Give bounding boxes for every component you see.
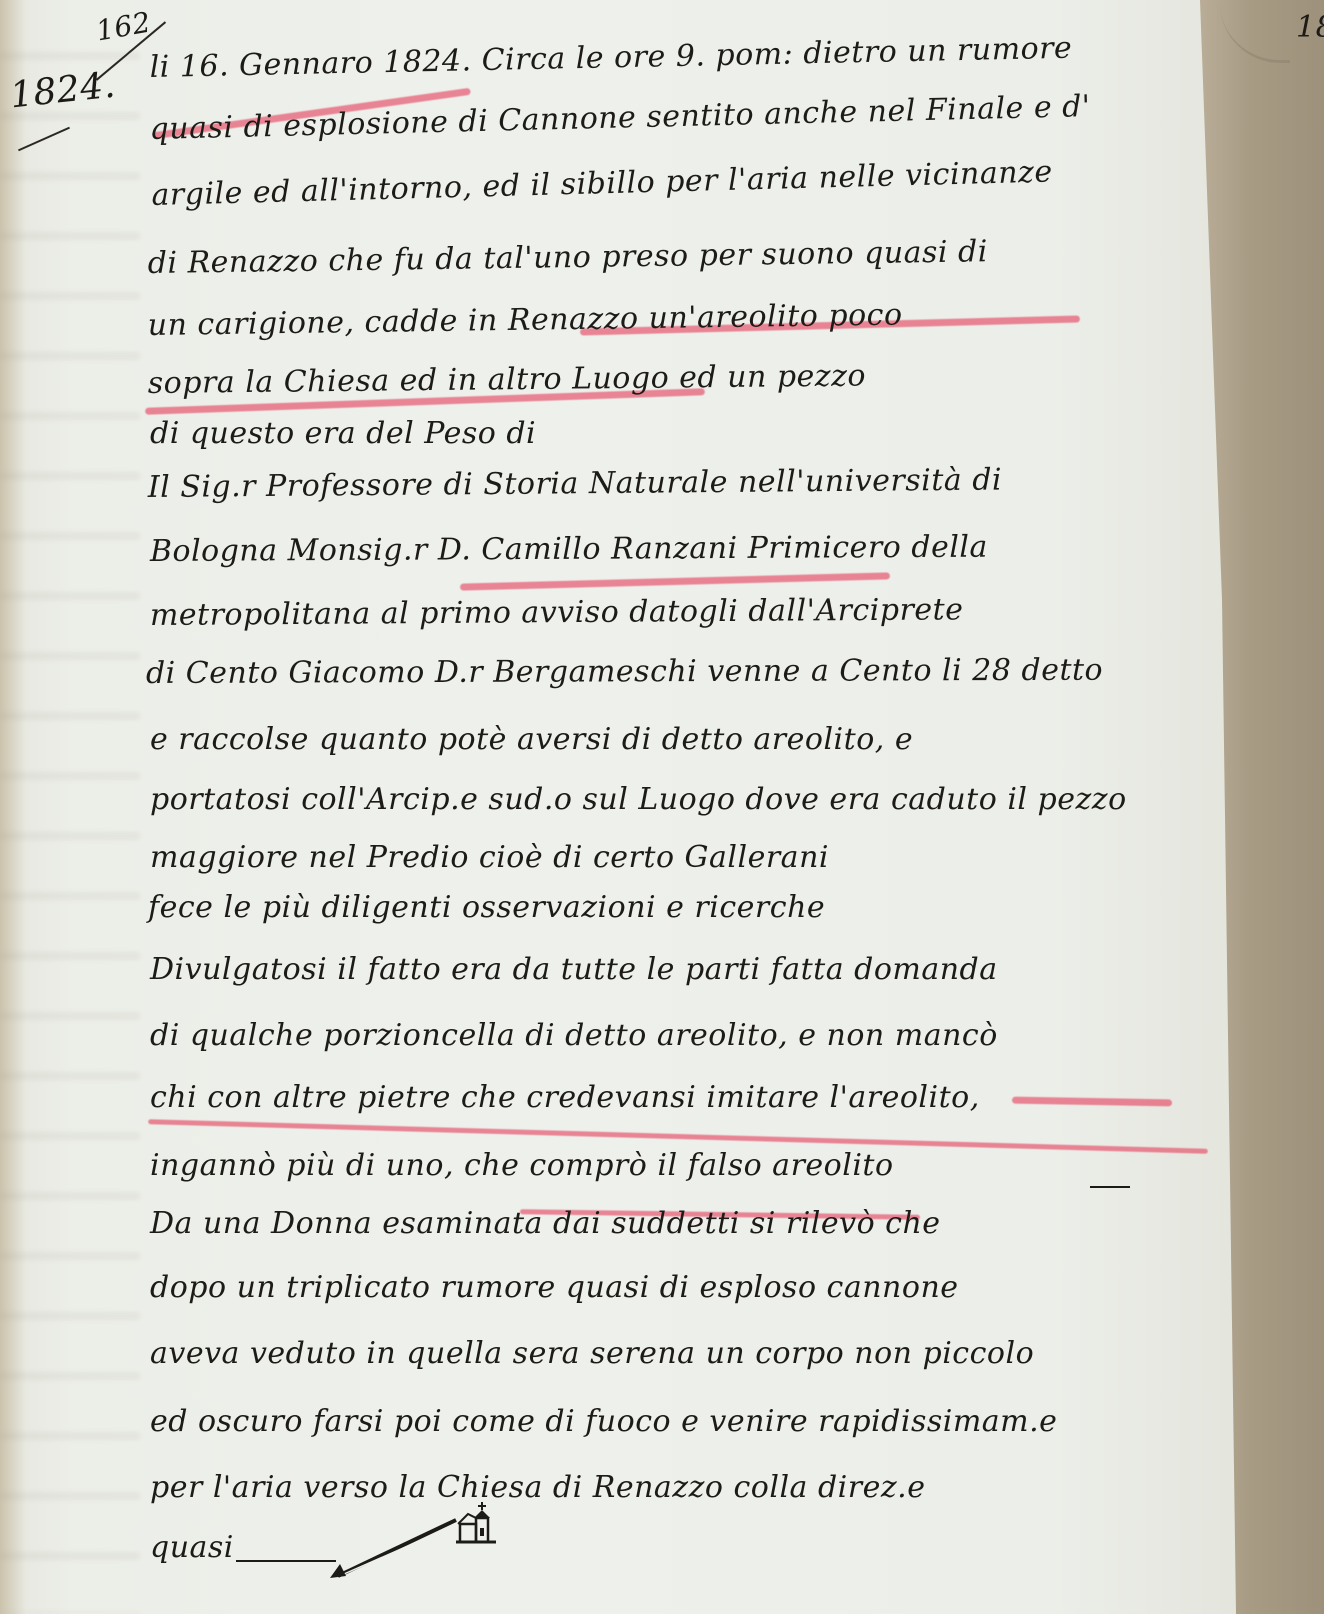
manuscript-line: sopra la Chiesa ed in altro Luogo ed un … [148,358,867,401]
manuscript-line: li 16. Gennaro 1824. Circa le ore 9. pom… [149,31,1072,85]
direction-line [236,1560,336,1562]
manuscript-photo: 18 162 1824. li 16. Gennaro 1824. Circa … [0,0,1324,1614]
manuscript-line: ed oscuro farsi poi come di fuoco e veni… [150,1404,1057,1439]
manuscript-line: quasi [150,1530,234,1565]
manuscript-line: portatosi coll'Arcip.e sud.o sul Luogo d… [150,782,1127,817]
manuscript-line: Da una Donna esaminata dai suddetti si r… [150,1206,941,1241]
manuscript-page: 162 1824. li 16. Gennaro 1824. Circa le … [0,0,1236,1614]
manuscript-line: quasi di esplosione di Cannone sentito a… [149,89,1091,147]
manuscript-line: Bologna Monsig.r D. Camillo Ranzani Prim… [150,530,988,569]
red-underline-non-manco [1012,1097,1172,1107]
manuscript-line: aveva veduto in quella sera serena un co… [150,1336,1034,1371]
manuscript-line: Il Sig.r Professore di Storia Naturale n… [148,463,1002,505]
manuscript-line: ingannò più di uno, che comprò il falso … [150,1148,894,1183]
trajectory-arrow-icon [330,1512,470,1582]
manuscript-line: e raccolse quanto potè aversi di detto a… [150,722,913,757]
manuscript-line: chi con altre pietre che credevansi imit… [150,1080,980,1115]
manuscript-line: di Cento Giacomo D.r Bergameschi venne a… [146,653,1103,691]
line-end-dash [1090,1186,1130,1188]
manuscript-line: dopo un triplicato rumore quasi di esplo… [150,1270,959,1305]
manuscript-line: per l'aria verso la Chiesa di Renazzo co… [150,1470,925,1505]
red-underline-ranzani [460,572,890,590]
manuscript-line: di questo era del Peso di [150,416,536,451]
spine-shadow [0,0,26,1614]
manuscript-line: di qualche porzioncella di detto areolit… [150,1018,998,1053]
manuscript-line: metropolitana al primo avviso datogli da… [150,592,964,633]
manuscript-line: argile ed all'intorno, ed il sibillo per… [151,154,1053,213]
manuscript-line: di Renazzo che fu da tal'uno preso per s… [148,234,989,281]
manuscript-line: fece le più diligenti osservazioni e ric… [148,890,825,925]
adjacent-page-number: 18 [1296,10,1324,45]
manuscript-line: un carigione, cadde in Renazzo un'areoli… [148,297,903,343]
manuscript-line: Divulgatosi il fatto era da tutte le par… [150,952,998,987]
manuscript-line: maggiore nel Predio cioè di certo Galler… [150,840,829,875]
